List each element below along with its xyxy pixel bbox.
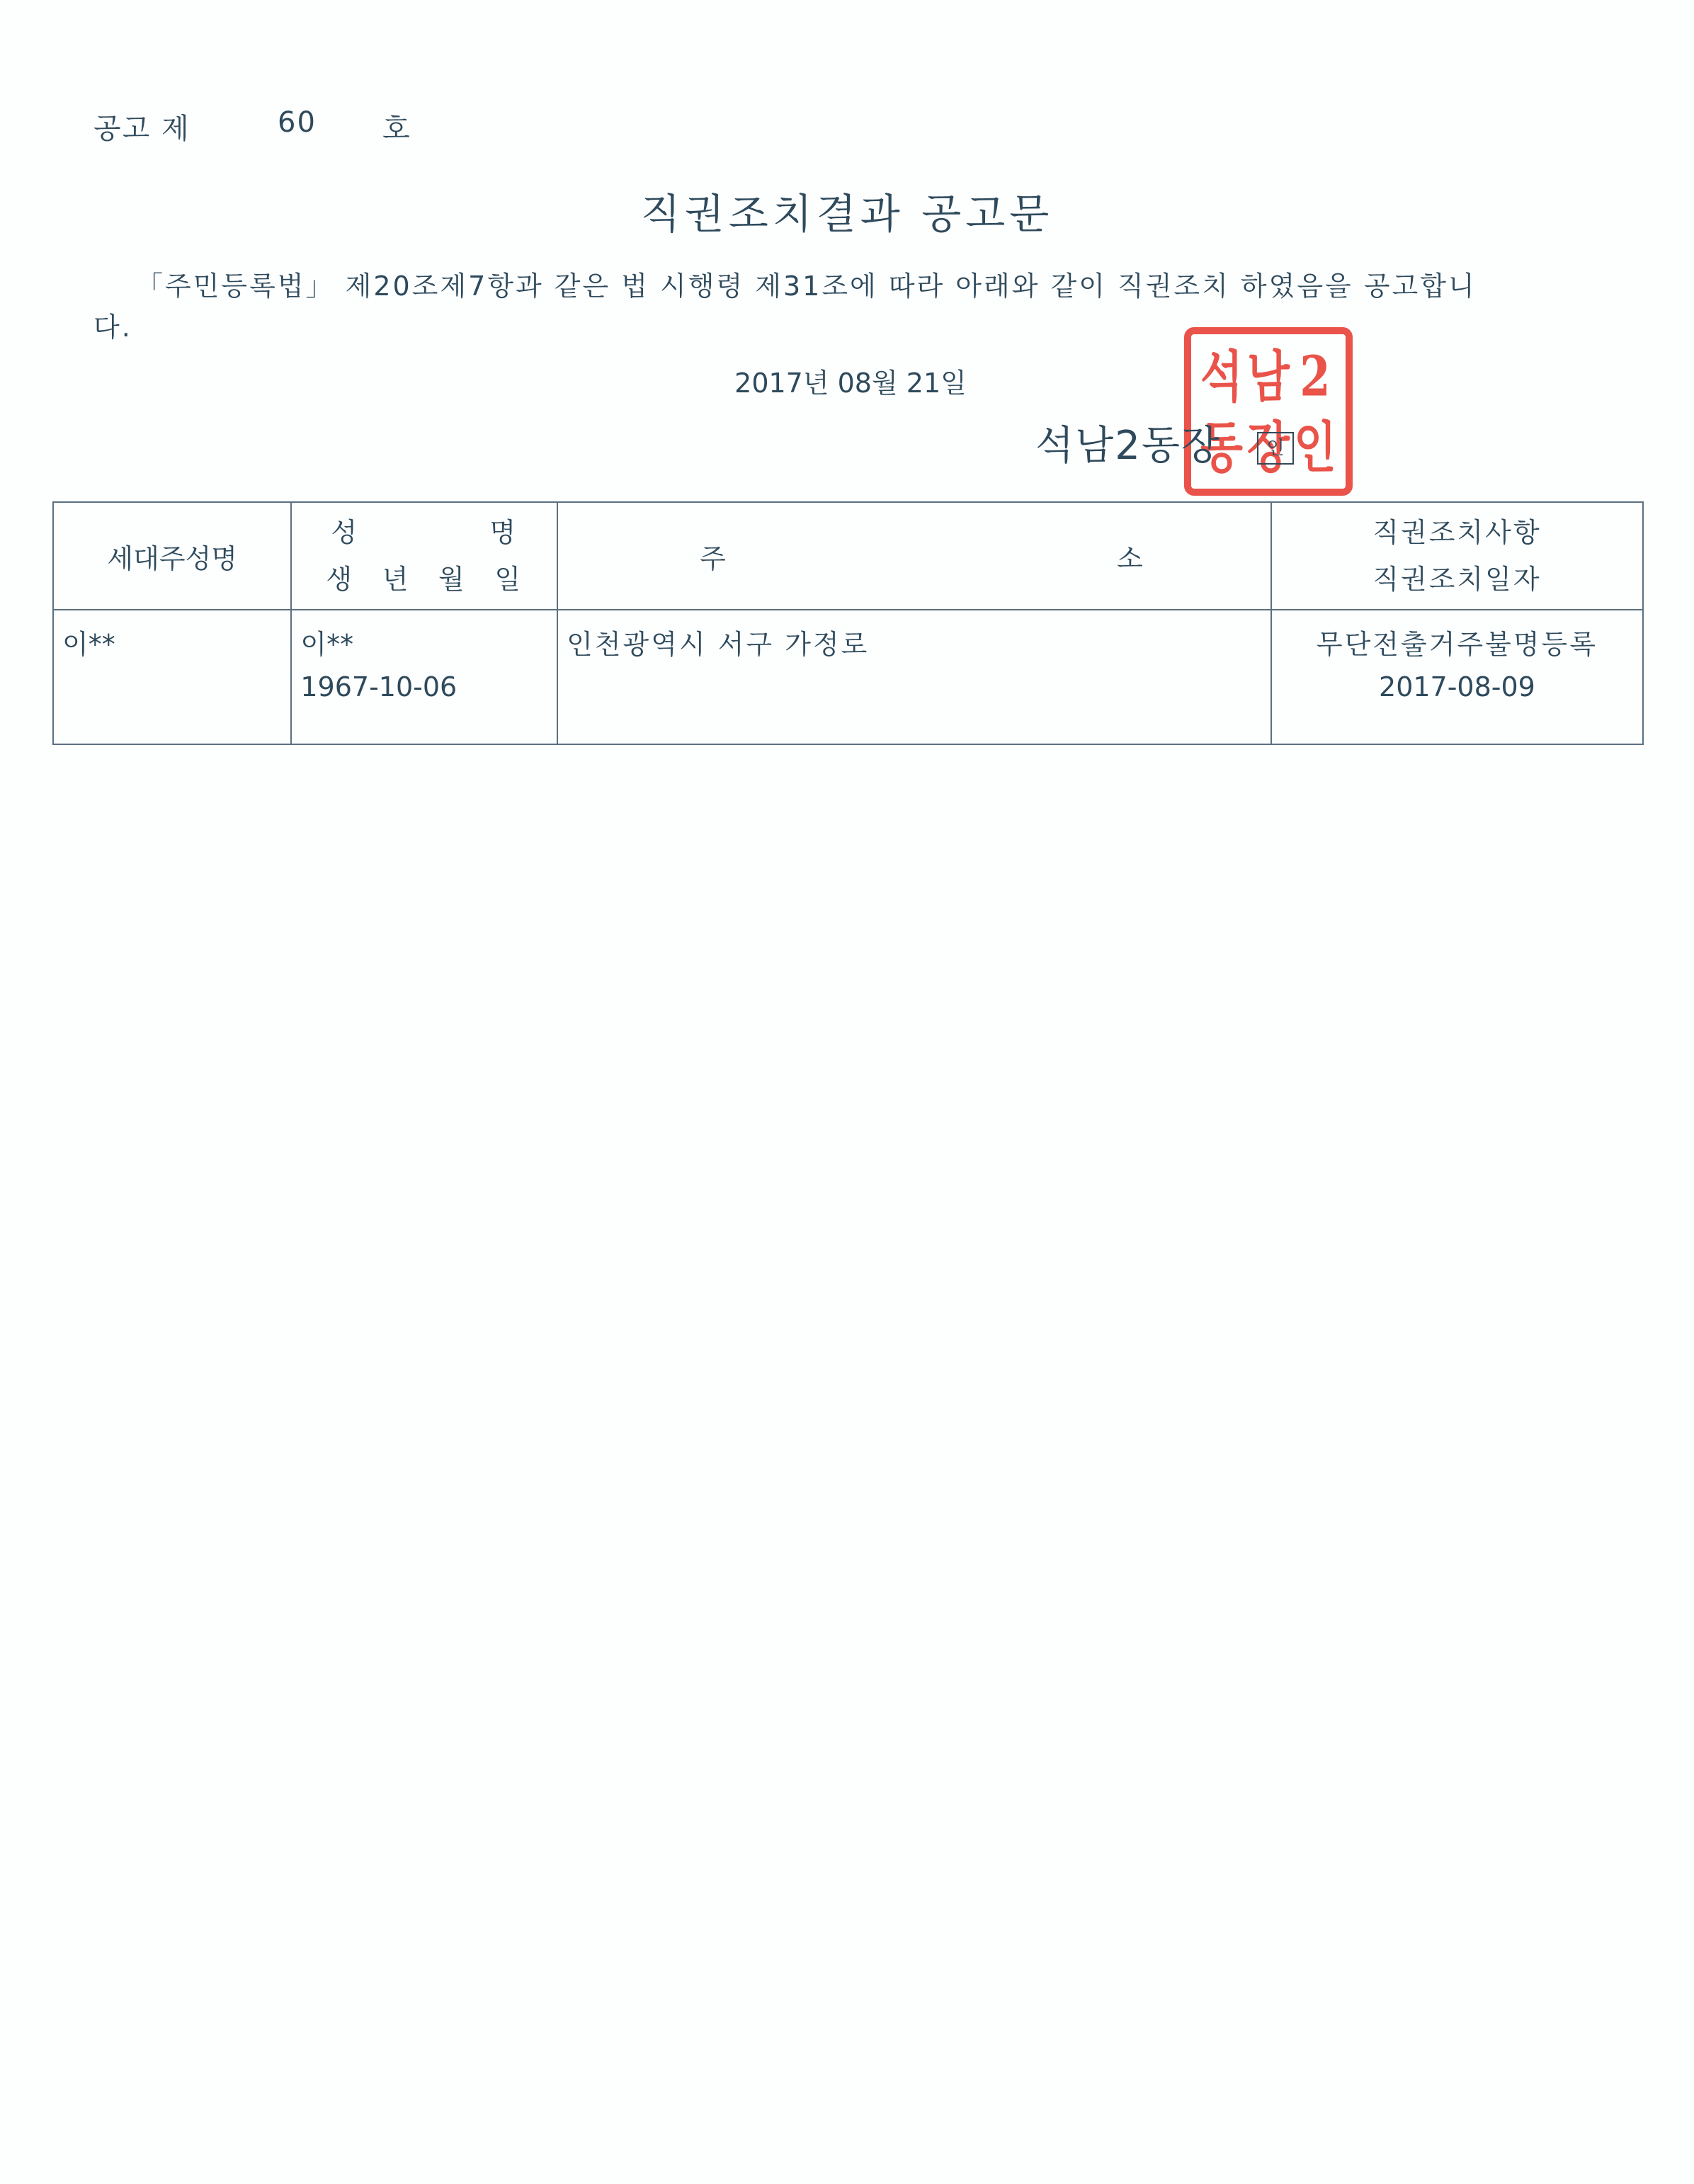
seal-char: 인 [1292,404,1338,492]
notice-date: 2017년 08월 21일 [0,361,1694,400]
header-action: 직권조치사항 직권조치일자 [1271,502,1643,610]
table-row: 이** 이** 1967-10-06 인천광역시 서구 가정로 무단전출거주불명… [53,610,1643,744]
cell-name: 이** [300,623,557,666]
header-householder-name: 세대주성명 [53,502,291,610]
cell-name-birth: 이** 1967-10-06 [291,610,557,744]
document-title: 직권조치결과 공고문 [0,181,1694,240]
seal-mark-box: 인 [1257,432,1294,465]
cell-householder-name: 이** [53,610,291,744]
action-result-table: 세대주성명 성 명 생 년 월 일 주 소 직 [52,501,1644,745]
cell-action-item: 무단전출거주불명등록 [1272,623,1642,666]
header-action-item: 직권조치사항 [1272,509,1642,556]
header-action-date: 직권조치일자 [1272,556,1642,603]
signer-title: 석남2동장 [1035,414,1221,471]
cell-action: 무단전출거주불명등록 2017-08-09 [1271,610,1643,744]
cell-birth-date: 1967-10-06 [300,666,557,708]
notice-number: 공고 제 60 호 [93,106,191,147]
header-name-birth: 성 명 생 년 월 일 [291,502,557,610]
header-address: 주 소 [557,502,1271,610]
cell-address: 인천광역시 서구 가정로 [557,610,1271,744]
notice-prefix: 공고 제 [93,113,191,145]
table-header-row: 세대주성명 성 명 생 년 월 일 주 소 직 [53,502,1643,610]
cell-action-date: 2017-08-09 [1272,666,1642,708]
notice-suffix: 호 [382,106,411,147]
notice-number-value: 60 [278,106,317,139]
